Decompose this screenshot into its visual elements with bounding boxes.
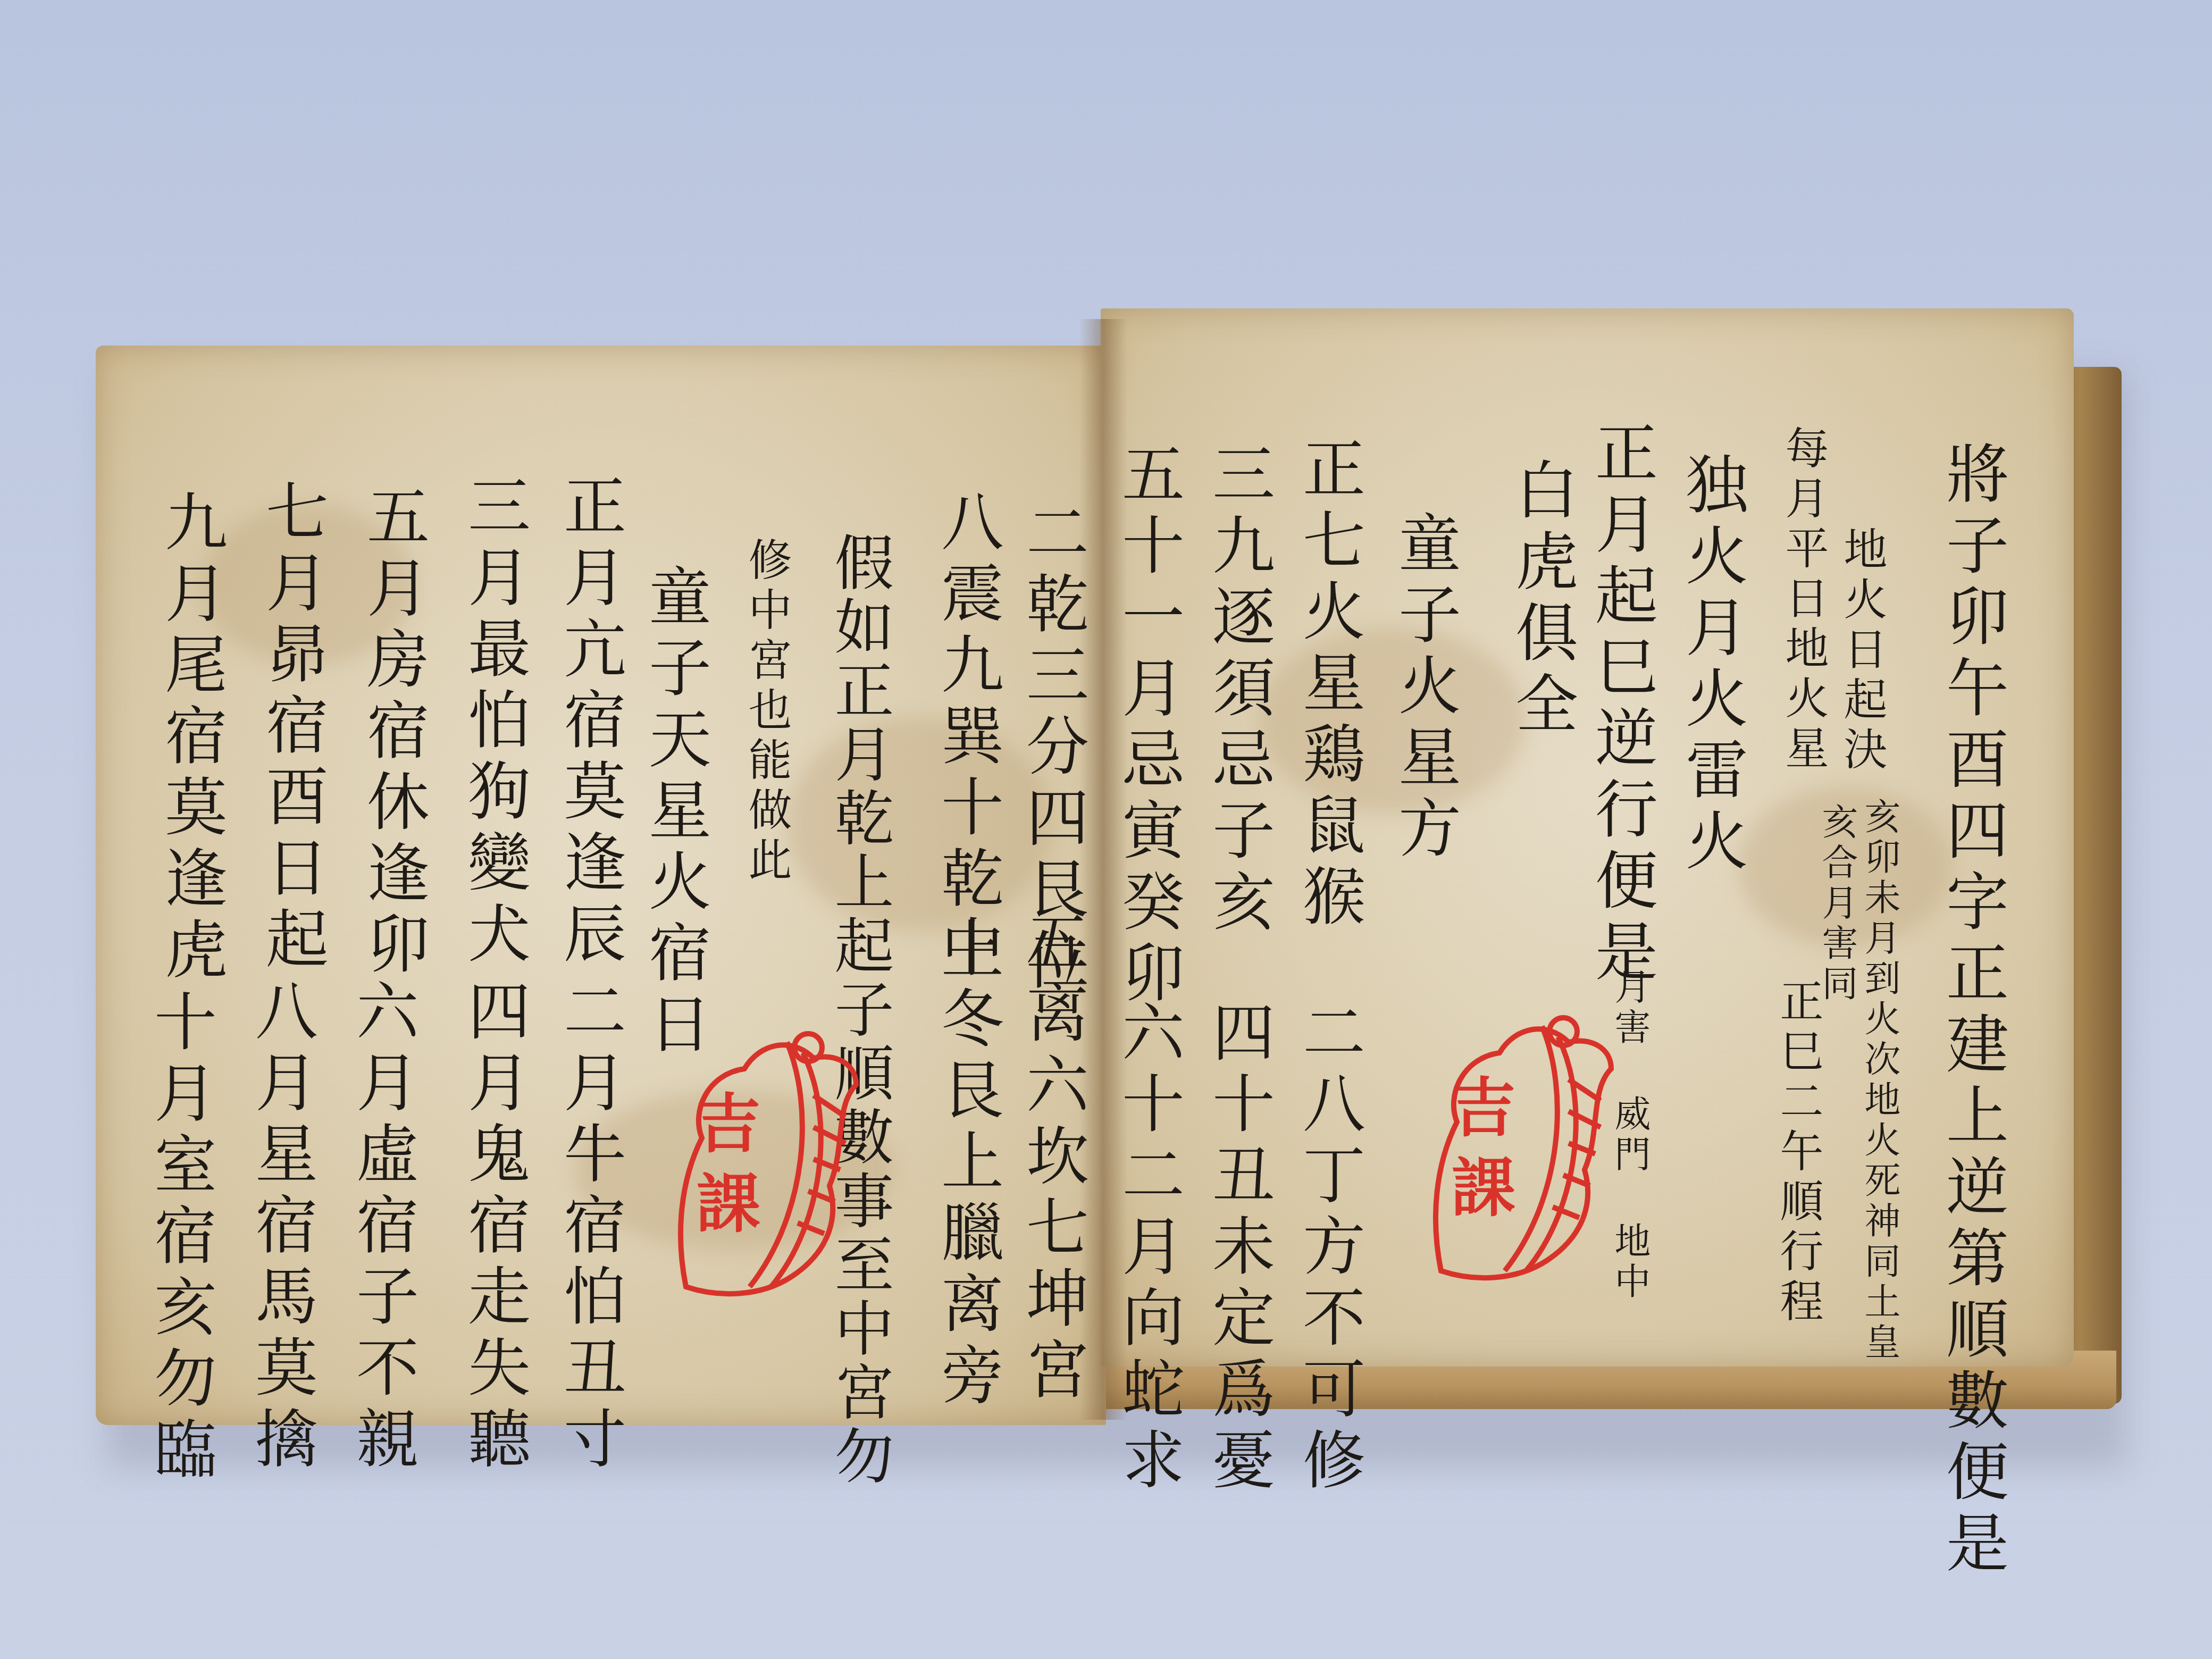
text-column: 六十二月向蛇求 [1117,1000,1179,1498]
text-column: 正月亢宿莫逢辰 [558,473,621,972]
text-column: 六月虛宿子不親 [351,978,414,1477]
text-column: 童子火星方 [1393,510,1456,867]
text-column: 八月星宿馬莫擒 [250,978,313,1477]
text-column: 二月牛宿怕丑寸 [558,978,621,1477]
text-column: 三九逐須忌子亥 [1207,441,1270,940]
text-column: 五十一月忌寅癸卯 [1117,441,1179,1011]
text-column: 五月房宿休逢卯 [362,484,424,983]
text-column: 每月平日地火星 [1781,425,1825,775]
text-column: 三月最怕狗變犬 [463,473,525,972]
text-column: 白虎俱全 [1510,457,1573,742]
text-column: 七月昴宿酉日起 [261,479,323,977]
text-column: 二八丁方不可修 [1297,1000,1360,1498]
red-seal-stamp: 吉課 [1409,994,1622,1292]
red-seal-stamp: 吉課 [654,1010,867,1308]
text-column: 地火日起決 [1840,526,1883,776]
text-column: 十月室宿亥勿臨 [149,989,212,1488]
text-column: 中冬艮上臘离旁 [936,915,999,1413]
text-column: 四月鬼宿走失聽 [463,978,525,1477]
text-column: 將子卯午酉四字正建上逆第順數便是 [1941,441,2004,1581]
seal-text: 吉課 [1446,1074,1510,1234]
text-column: 八震九巽十乾上 [936,489,999,988]
text-column-note: 亥卯未月到火次地火死神同土皇 [1861,798,1897,1363]
text-column: 正巳二午順行程 [1776,978,1820,1328]
seal-text: 吉課 [691,1090,755,1250]
text-column: 童子天星火宿日 [643,564,706,1062]
text-column-note: 亥合月害同 [1819,803,1855,1005]
text-column: 独火月火雷火 [1680,452,1743,879]
text-column: 正月起巳逆行便是 [1590,420,1653,990]
text-column: 正七火星鶏鼠猴 [1297,436,1360,935]
text-column: 四十丑未定爲憂 [1207,1000,1270,1498]
text-column: 五离六坎七坤宮 [1021,909,1084,1408]
text-column: 九月尾宿莫逢虎 [160,489,222,988]
text-column: 修中宮也能做此 [744,537,788,887]
